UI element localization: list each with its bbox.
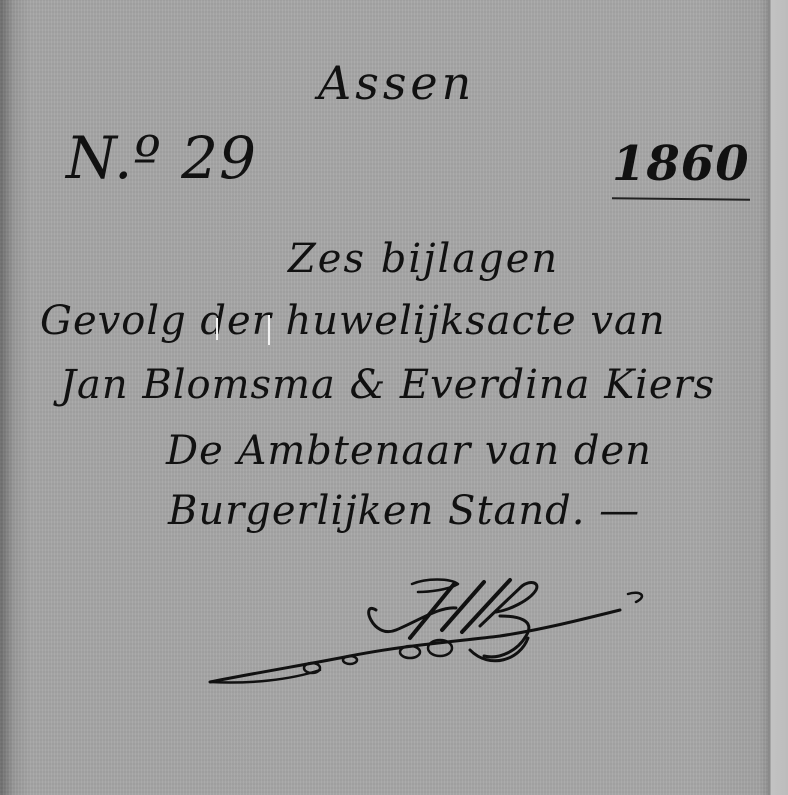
torn-paper-edge (768, 0, 788, 795)
scan-scratch (268, 315, 270, 345)
enclosures-note: Zes bijlagen (288, 236, 559, 282)
year-underline (612, 197, 750, 200)
official-title-line-2: Burgerlijken Stand. — (168, 488, 640, 534)
document-number: N.º 29 (66, 124, 257, 192)
signature-flourish-icon (200, 560, 660, 700)
place-name: Assen (318, 56, 475, 110)
document-year: 1860 (612, 136, 750, 192)
marriage-act-intro: Gevolg der huwelijksacte van (40, 298, 666, 344)
spouse-names: Jan Blomsma & Everdina Kiers (60, 362, 715, 408)
scan-scratch (216, 318, 218, 340)
official-title-line-1: De Ambtenaar van den (166, 428, 652, 474)
document-sheet: Assen N.º 29 1860 Zes bijlagen Gevolg de… (0, 0, 788, 795)
